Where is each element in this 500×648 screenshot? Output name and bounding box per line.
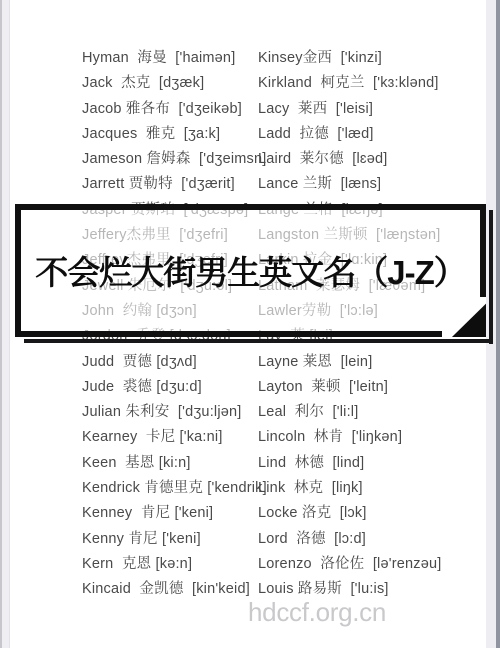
banner-shadow-right — [489, 210, 493, 344]
banner-shadow-bottom — [24, 339, 490, 343]
name-entry: Kendrick 肯德里克 ['kendrik] — [82, 476, 267, 501]
page-right-scrollbar[interactable] — [496, 0, 500, 648]
name-entry: Julian 朱利安 ['dʒu:ljən] — [82, 400, 267, 425]
name-entry: Jarrett 贾勒特 ['dʒærit] — [82, 172, 267, 197]
name-entry: Hyman 海曼 ['haimən] — [82, 46, 267, 71]
name-entry: Kenney 肯尼 ['keni] — [82, 501, 267, 526]
name-entry: Lord 洛德 [lɔ:d] — [258, 527, 441, 552]
name-entry: Jacques 雅克 [ʒa:k] — [82, 122, 267, 147]
name-entry: Link 林克 [liŋk] — [258, 476, 441, 501]
watermark-url: hdccf.org.cn — [248, 597, 386, 628]
name-entry: Kenny 肯尼 ['keni] — [82, 527, 267, 552]
name-entry: Layne 莱恩 [lein] — [258, 350, 441, 375]
name-entry: Kern 克恩 [kə:n] — [82, 552, 267, 577]
name-entry: Kincaid 金凯德 [kin'keid] — [82, 577, 267, 602]
name-entry: Lacy 莱西 ['leisi] — [258, 97, 441, 122]
page-left-margin — [2, 0, 9, 648]
name-entry: Lorenzo 洛伦佐 [lə'renzəu] — [258, 552, 441, 577]
page-left-border — [9, 0, 10, 648]
name-entry: Leal 利尔 ['li:l] — [258, 400, 441, 425]
name-entry: Judd 贾德 [dʒʌd] — [82, 350, 267, 375]
name-entry: Laird 莱尔德 [lɛəd] — [258, 147, 441, 172]
name-entry: Jude 裘德 [dʒu:d] — [82, 375, 267, 400]
name-entry: Jack 杰克 [dʒæk] — [82, 71, 267, 96]
name-entry: Jacob 雅各布 ['dʒeikəb] — [82, 97, 267, 122]
name-list-image: Hyman 海曼 ['haimən]Jack 杰克 [dʒæk]Jacob 雅各… — [0, 0, 500, 648]
banner-title-text: 不会烂大街男生英文名（J-Z） — [21, 247, 480, 294]
name-entry: Keen 基恩 [ki:n] — [82, 451, 267, 476]
name-entry: Lincoln 林肯 ['liŋkən] — [258, 425, 441, 450]
name-entry: Locke 洛克 [lɔk] — [258, 501, 441, 526]
name-entry: Kearney 卡尼 ['ka:ni] — [82, 425, 267, 450]
name-entry: Lance 兰斯 [læns] — [258, 172, 441, 197]
name-entry: Lind 林德 [lind] — [258, 451, 441, 476]
name-entry: Kinsey金西 ['kinzi] — [258, 46, 441, 71]
name-entry: Layton 莱顿 ['leitn] — [258, 375, 441, 400]
name-entry: Jameson 詹姆森 ['dʒeimsn] — [82, 147, 267, 172]
name-entry: Kirkland 柯克兰 ['kɜ:klənd] — [258, 71, 441, 96]
name-entry: Ladd 拉德 ['læd] — [258, 122, 441, 147]
title-banner: 不会烂大街男生英文名（J-Z） — [15, 204, 486, 337]
